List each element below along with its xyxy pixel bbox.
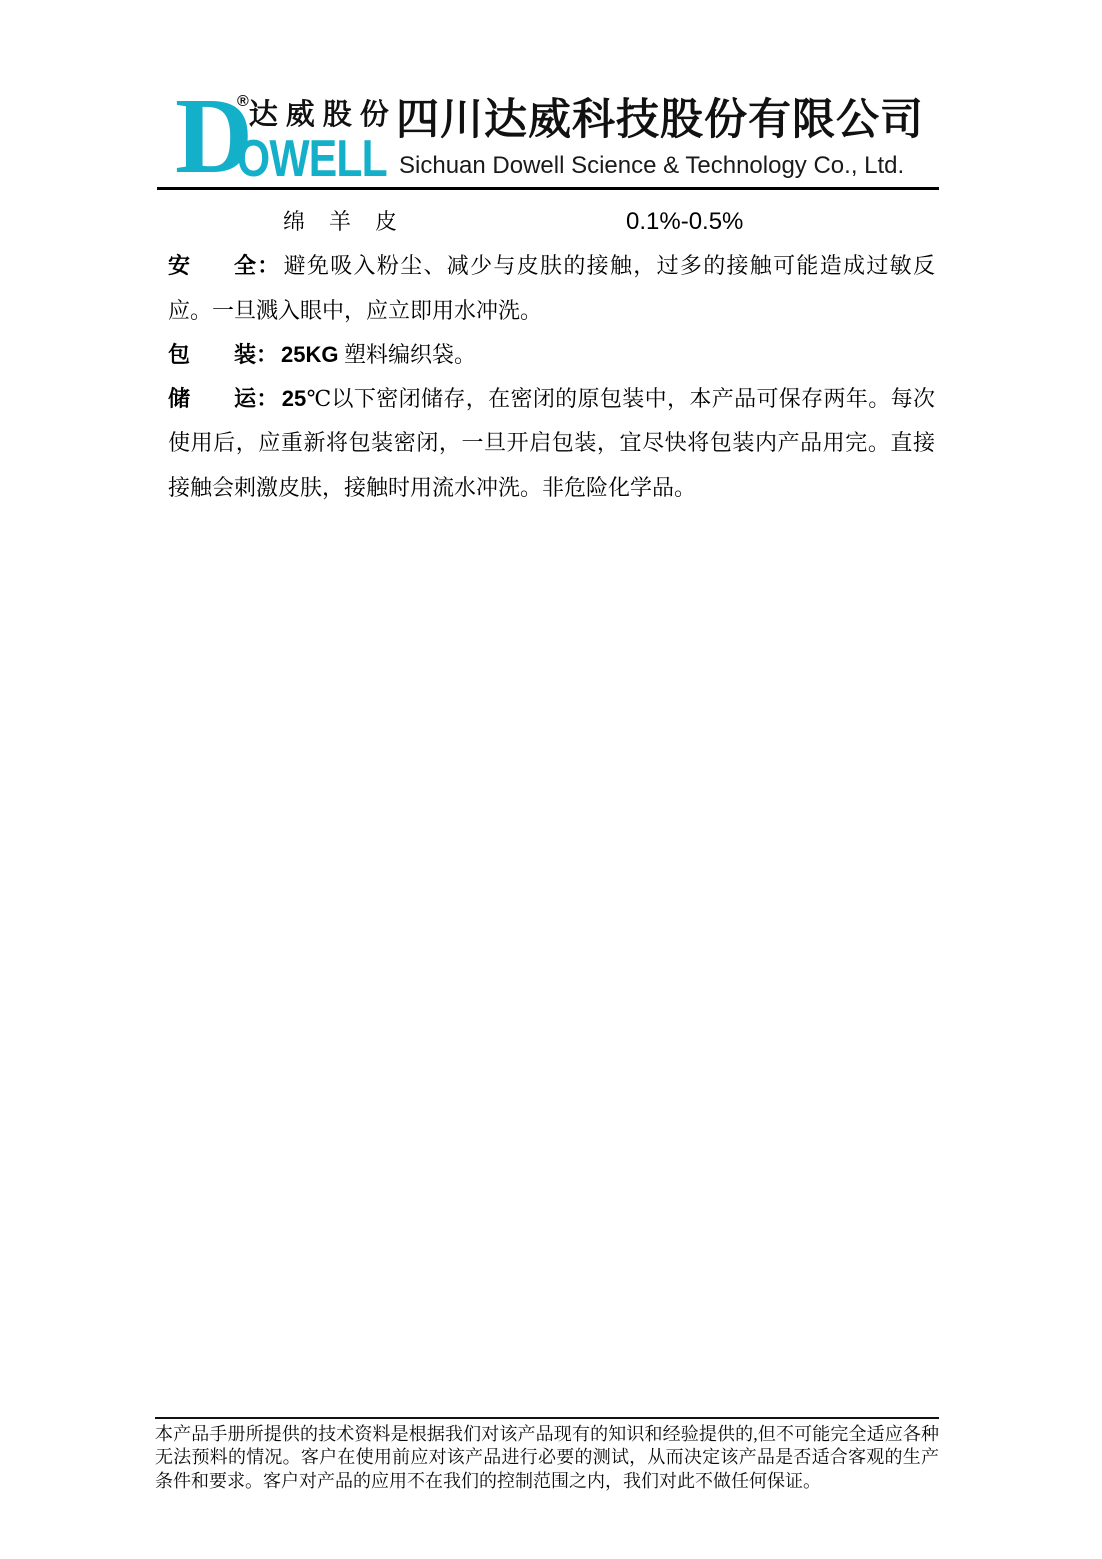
section-storage: 储运：25℃以下密闭储存，在密闭的原包装中，本产品可保存两年。每次使用后，应重新…: [168, 377, 935, 510]
header-divider: [157, 187, 939, 190]
section-label-char: 全: [234, 244, 256, 288]
dosage-item-label: 绵羊皮: [283, 209, 421, 234]
section-label-char: 装: [234, 333, 256, 377]
packing-weight-value: 25KG: [281, 342, 338, 367]
section-label-colon: ：: [256, 386, 279, 411]
dowell-logo-wordmark: OWELL: [237, 136, 387, 182]
section-packing: 包装：25KG 塑料编织袋。: [168, 333, 935, 377]
footer-disclaimer: 本产品手册所提供的技术资料是根据我们对该产品现有的知识和经验提供的,但不可能完全…: [155, 1423, 939, 1493]
section-label-colon: ：: [256, 342, 278, 367]
section-label-colon: ：: [256, 253, 281, 278]
dowell-logo-cn-text: 达威股份: [249, 99, 397, 131]
footer-divider: [155, 1417, 939, 1419]
section-safety: 安全：避免吸入粉尘、减少与皮肤的接触，过多的接触可能造成过敏反应。一旦溅入眼中，…: [168, 244, 935, 333]
document-page: D ®达威股份 OWELL 四川达威科技股份有限公司 Sichuan Dowel…: [0, 0, 1102, 1559]
section-storage-label: 储运: [168, 377, 256, 421]
registered-trademark-icon: ®: [237, 93, 249, 110]
section-safety-text: 避免吸入粉尘、减少与皮肤的接触，过多的接触可能造成过敏反应。一旦溅入眼中，应立即…: [168, 253, 935, 322]
section-label-char: 包: [168, 333, 190, 377]
section-packing-label: 包装: [168, 333, 256, 377]
company-name-en: Sichuan Dowell Science & Technology Co.,…: [399, 151, 904, 180]
document-body: 绵羊皮0.1%-0.5% 安全：避免吸入粉尘、减少与皮肤的接触，过多的接触可能造…: [168, 200, 935, 510]
dosage-row: 绵羊皮0.1%-0.5%: [168, 200, 935, 244]
dosage-value: 0.1%-0.5%: [626, 200, 743, 244]
section-packing-text: 塑料编织袋。: [339, 342, 477, 367]
storage-temperature-value: 25: [282, 386, 306, 411]
dowell-logo-cn-badge: ®达威股份: [237, 92, 397, 133]
company-name-cn: 四川达威科技股份有限公司: [396, 94, 924, 146]
section-label-char: 运: [234, 377, 256, 421]
section-safety-label: 安全: [168, 244, 256, 288]
section-label-char: 储: [168, 377, 190, 421]
section-label-char: 安: [168, 244, 190, 288]
